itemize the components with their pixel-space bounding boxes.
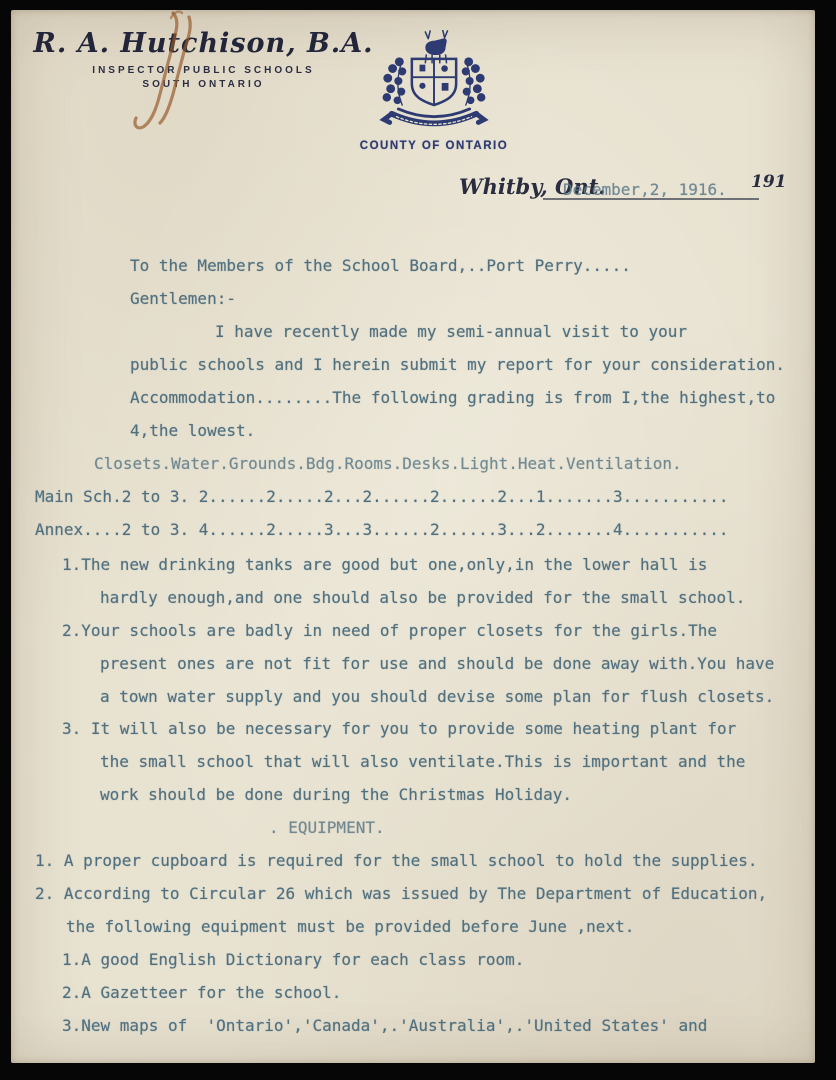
grading-row-annex: Annex....2 to 3. 4......2.....3...3.....… [35, 520, 729, 540]
crest-caption: COUNTY OF ONTARIO [344, 140, 524, 152]
letter-greeting: Gentlemen:- [130, 289, 236, 309]
letter-intro-line: 4,the lowest. [130, 421, 255, 441]
accommodation-item-line: the small school that will also ventilat… [100, 752, 745, 772]
equipment-sub-item: 3.New maps of 'Ontario','Canada',.'Austr… [62, 1016, 707, 1036]
letter-intro-line: Accommodation........The following gradi… [130, 388, 775, 408]
letter-intro-line: public schools and I herein submit my re… [130, 355, 785, 375]
letter-to-line: To the Members of the School Board,..Por… [130, 256, 631, 276]
equipment-item-line: 1. A proper cupboard is required for the… [35, 851, 757, 871]
equipment-item-line: the following equipment must be provided… [66, 917, 634, 937]
grading-header-row: Closets.Water.Grounds.Bdg.Rooms.Desks.Li… [94, 454, 682, 474]
dateline-typed-date: December,2, 1916. [563, 180, 727, 199]
handwritten-ink-stroke-icon [111, 10, 231, 160]
dateline-year-stub: 191 [751, 172, 787, 192]
letter-page: R. A. Hutchison, B.A. INSPECTOR PUBLIC S… [11, 10, 815, 1063]
accommodation-item-line: hardly enough,and one should also be pro… [100, 588, 745, 608]
accommodation-item-line: present ones are not fit for use and sho… [100, 654, 774, 674]
equipment-heading: . EQUIPMENT. [269, 818, 385, 838]
grading-row-main: Main Sch.2 to 3. 2......2.....2...2.....… [35, 487, 729, 507]
accommodation-item-line: 1.The new drinking tanks are good but on… [62, 555, 707, 575]
accommodation-item-line: 3. It will also be necessary for you to … [62, 719, 736, 739]
letter-intro-line: I have recently made my semi-annual visi… [215, 322, 687, 342]
accommodation-item-line: a town water supply and you should devis… [100, 687, 774, 707]
county-crest: COUNTY OF ONTARIO [344, 30, 524, 152]
scan-background: R. A. Hutchison, B.A. INSPECTOR PUBLIC S… [0, 0, 836, 1080]
equipment-sub-item: 2.A Gazetteer for the school. [62, 983, 341, 1003]
equipment-sub-item: 1.A good English Dictionary for each cla… [62, 950, 524, 970]
equipment-item-line: 2. According to Circular 26 which was is… [35, 884, 767, 904]
accommodation-item-line: work should be done during the Christmas… [100, 785, 572, 805]
county-of-ontario-crest-icon [349, 30, 519, 134]
accommodation-item-line: 2.Your schools are badly in need of prop… [62, 621, 717, 641]
dateline: Whitby, Ont. December,2, 1916. 191 [451, 168, 811, 214]
